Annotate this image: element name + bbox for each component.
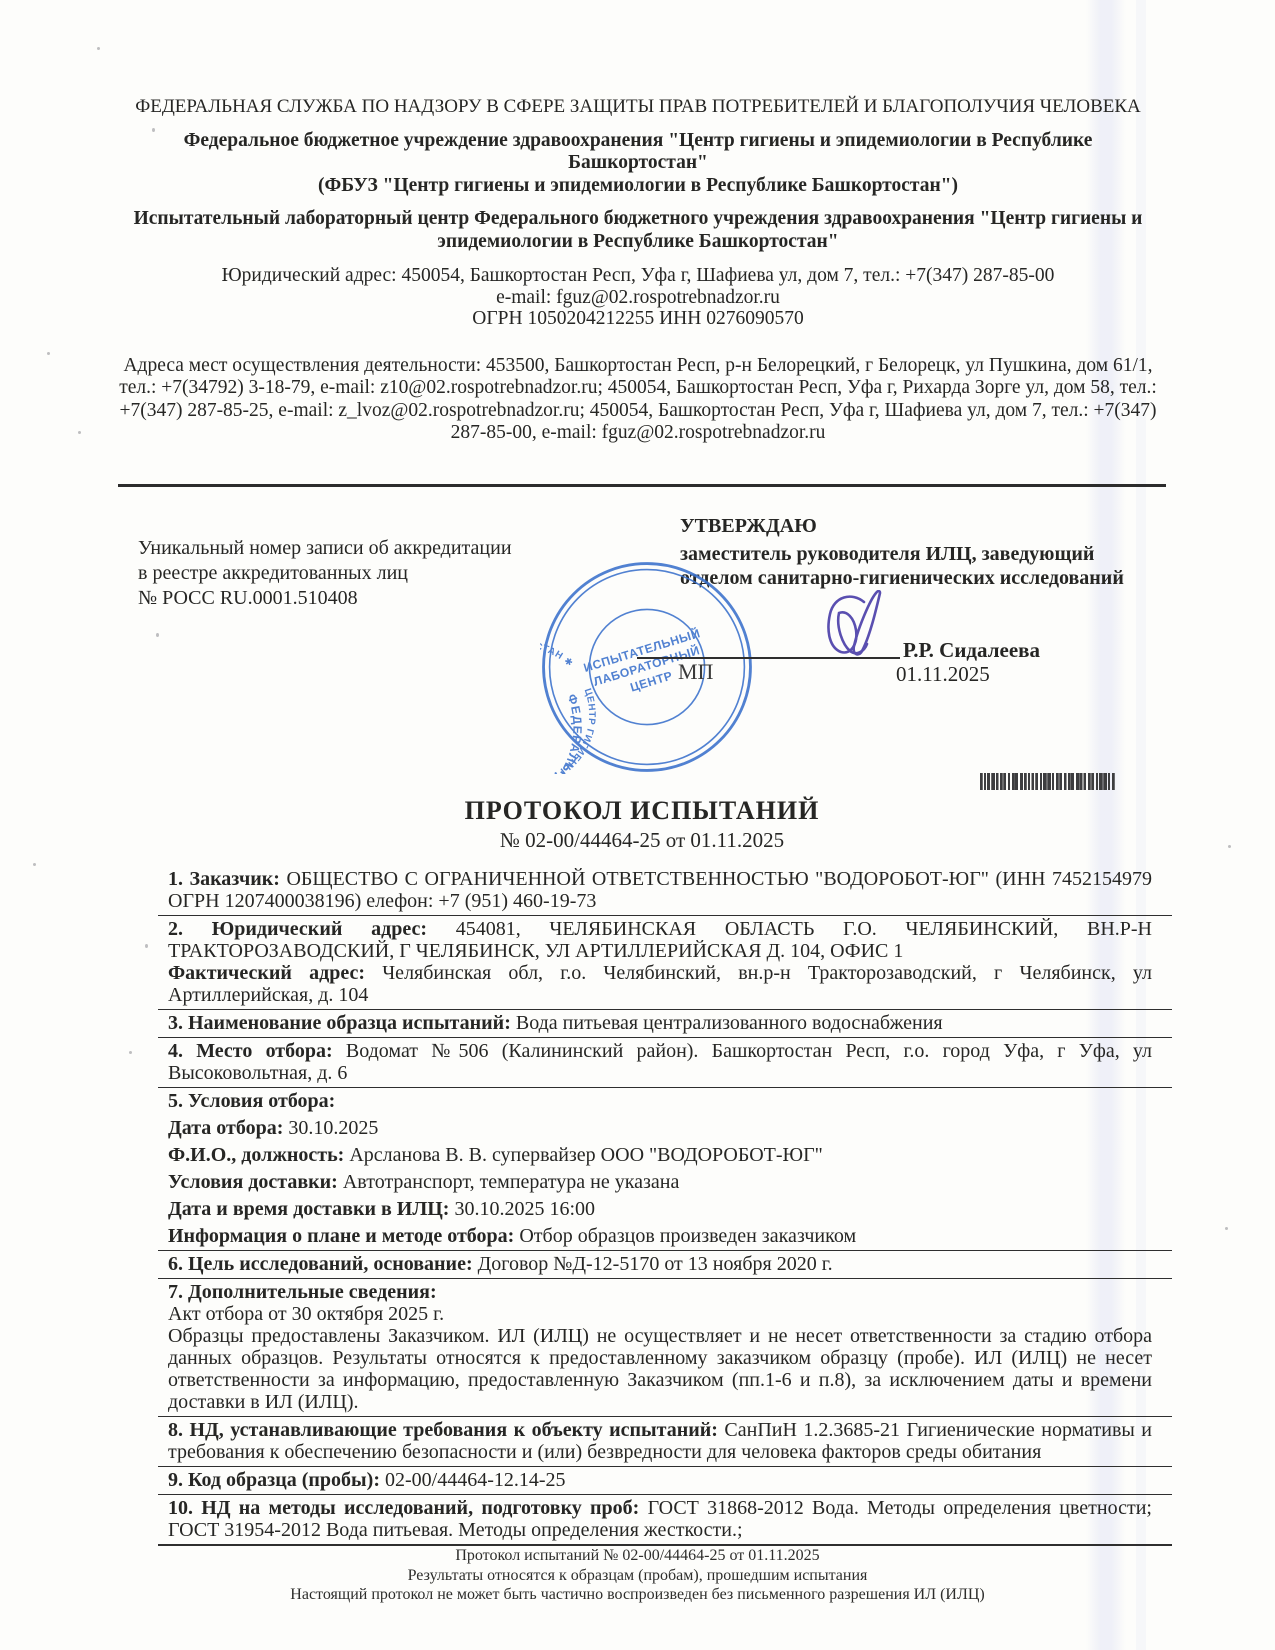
table-row-additional-info: 7. Дополнительные сведения: Акт отбора о… [158,1279,1172,1417]
mp-seal-mark: МП [678,659,713,685]
row-label: 7. Дополнительные сведения: [168,1281,437,1303]
accreditation-line: в реестре аккредитованных лиц [138,561,538,586]
row-value: Отбор образцов произведен заказчиком [519,1225,856,1247]
scan-speck [1228,845,1231,848]
legal-address: Юридический адрес: 450054, Башкортостан … [112,265,1164,287]
protocol-number: № 02-00/44464-25 от 01.11.2025 [118,828,1166,852]
approval-title: УТВЕРЖДАЮ [680,514,1130,538]
row-value: 30.10.2025 [288,1117,378,1139]
barcode [980,773,1116,790]
row-value: Образцы предоставлены Заказчиком. ИЛ (ИЛ… [168,1325,1152,1413]
row-label: Ф.И.О., должность: [168,1144,349,1166]
row-value: Автотранспорт, температура не указана [343,1171,680,1193]
row-value: Вода питьевая централизованного водоснаб… [516,1012,943,1034]
protocol-details-table: 1. Заказчик: ОБЩЕСТВО С ОГРАНИЧЕННОЙ ОТВ… [158,866,1172,1546]
table-row-sampling-place: 4. Место отбора: Водомат №506 (Калининск… [158,1038,1172,1088]
scan-speck [33,863,36,866]
table-row-legal-address: 2. Юридический адрес: 454081, ЧЕЛЯБИНСКА… [158,916,1172,1010]
row-label: Дата отбора: [168,1117,288,1139]
row-label: 4. Место отбора: [168,1040,346,1062]
laboratory-name: Испытательный лабораторный центр Федерал… [112,208,1164,253]
table-row-purpose: 6. Цель исследований, основание: Договор… [158,1251,1172,1279]
scan-speck [78,431,81,434]
letterhead: ФЕДЕРАЛЬНАЯ СЛУЖБА ПО НАДЗОРУ В СФЕРЕ ЗА… [112,95,1164,445]
email-line: e-mail: fguz@02.rospotrebnadzor.ru [112,287,1164,309]
organization-short-name: (ФБУЗ "Центр гигиены и эпидемиологии в Р… [112,175,1164,198]
table-row-sample-name: 3. Наименование образца испытаний: Вода … [158,1010,1172,1038]
row-label: 8. НД, устанавливающие требования к объе… [168,1419,724,1441]
signature-line [637,657,900,659]
row-label: Информация о плане и методе отбора: [168,1225,519,1247]
approver-name: Р.Р. Сидалеева [903,638,1040,663]
scan-speck [97,47,100,50]
table-row-sample-code: 9. Код образца (пробы): 02-00/44464-12.1… [158,1467,1172,1495]
scan-speck [1225,1227,1228,1230]
round-seal-stamp: ФЕДЕРАЛЬНОЕ БЮДЖЕТНОЕ УЧРЕЖДЕНИЕ ЗДРАВОО… [540,560,754,774]
table-row-nd-requirements: 8. НД, устанавливающие требования к объе… [158,1417,1172,1467]
protocol-title-block: ПРОТОКОЛ ИСПЫТАНИЙ № 02-00/44464-25 от 0… [118,796,1166,852]
page-footer: Протокол испытаний № 02-00/44464-25 от 0… [0,1546,1275,1605]
handwritten-signature [820,590,902,664]
row-label: Условия доставки: [168,1171,343,1193]
scan-speck [145,944,148,948]
federal-service-title: ФЕДЕРАЛЬНАЯ СЛУЖБА ПО НАДЗОРУ В СФЕРЕ ЗА… [112,95,1164,119]
ogrn-inn-line: ОГРН 1050204212255 ИНН 0276090570 [112,308,1164,330]
row-value: ОБЩЕСТВО С ОГРАНИЧЕННОЙ ОТВЕТСТВЕННОСТЬЮ… [168,868,1152,912]
protocol-title: ПРОТОКОЛ ИСПЫТАНИЙ [118,796,1166,826]
row-label: Фактический адрес: [168,962,382,984]
row-label: 3. Наименование образца испытаний: [168,1012,516,1034]
row-label: 10. НД на методы исследований, подготовк… [168,1497,648,1519]
footer-protocol-reference: Протокол испытаний № 02-00/44464-25 от 0… [0,1546,1275,1566]
table-row-sampling-conditions: 5. Условия отбора: Дата отбора: 30.10.20… [158,1088,1172,1251]
row-value: Арсланова В. В. супервайзер ООО "ВОДОРОБ… [349,1144,822,1166]
scan-speck [47,352,50,355]
row-label: 2. Юридический адрес: [168,918,456,940]
accreditation-block: Уникальный номер записи об аккредитации … [138,536,538,611]
footer-reproduction-note: Настоящий протокол не может быть частичн… [0,1585,1275,1605]
row-label: 1. Заказчик: [168,868,286,890]
horizontal-separator [118,484,1166,487]
row-label: 6. Цель исследований, основание: [168,1253,478,1275]
row-value: 30.10.2025 16:00 [454,1198,595,1220]
scan-speck [129,1051,132,1054]
approval-date: 01.11.2025 [896,662,990,687]
row-label: Дата и время доставки в ИЛЦ: [168,1198,454,1220]
row-value: Акт отбора от 30 октября 2025 г. [168,1303,444,1325]
row-value: Договор №Д-12-5170 от 13 ноября 2020 г. [478,1253,833,1275]
scanned-test-protocol-page: ФЕДЕРАЛЬНАЯ СЛУЖБА ПО НАДЗОРУ В СФЕРЕ ЗА… [0,0,1275,1650]
activity-addresses: Адреса мест осуществления деятельности: … [112,355,1164,445]
row-label: 9. Код образца (пробы): [168,1469,385,1491]
footer-results-note: Результаты относятся к образцам (пробам)… [0,1566,1275,1586]
table-row-nd-methods: 10. НД на методы исследований, подготовк… [158,1495,1172,1546]
organization-name: Федеральное бюджетное учреждение здравоо… [112,130,1164,175]
scan-speck [156,633,159,637]
accreditation-line: Уникальный номер записи об аккредитации [138,536,538,561]
table-row-customer: 1. Заказчик: ОБЩЕСТВО С ОГРАНИЧЕННОЙ ОТВ… [158,866,1172,916]
accreditation-number: № РОСС RU.0001.510408 [138,586,538,611]
row-value: 02-00/44464-12.14-25 [385,1469,566,1491]
row-label: 5. Условия отбора: [168,1090,335,1112]
